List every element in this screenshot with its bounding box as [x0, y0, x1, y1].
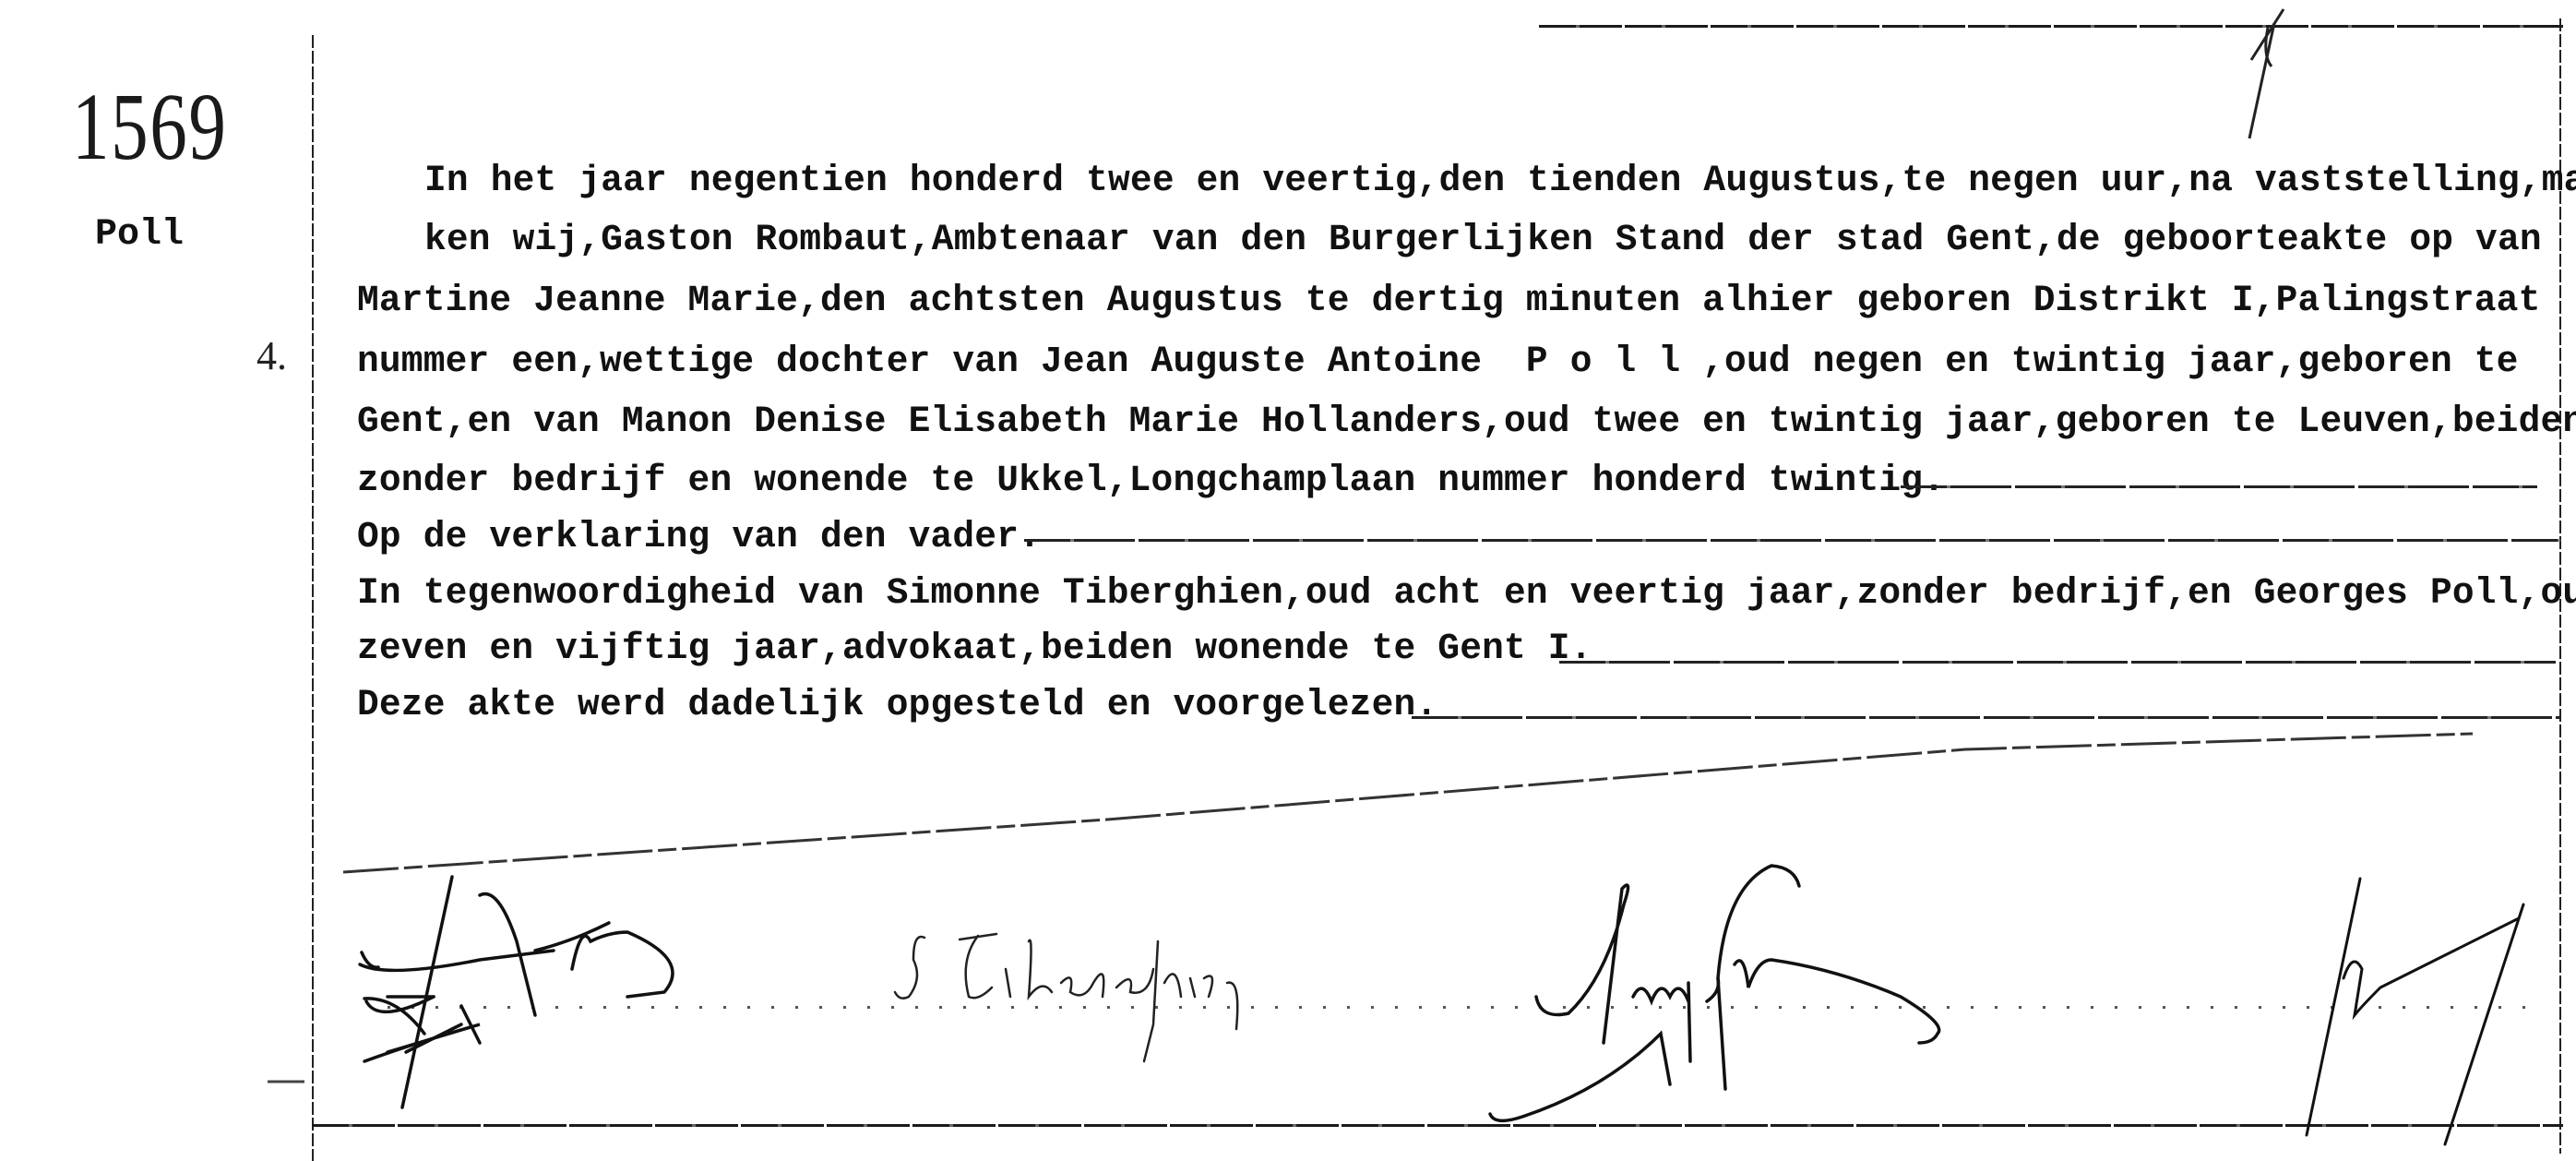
- body-line-5: Gent,en van Manon Denise Elisabeth Marie…: [357, 403, 2576, 440]
- checkmark-icon: [2249, 9, 2284, 138]
- body-line-10: Deze akte werd dadelijk opgesteld en voo…: [357, 687, 1437, 724]
- signature-witness-1: [895, 934, 1237, 1061]
- body-line-2: ken wij,Gaston Rombaut,Ambtenaar van den…: [424, 221, 2542, 258]
- left-margin-rule: [312, 35, 314, 1161]
- signature-witness-2: [1490, 866, 1939, 1120]
- entry-number: 1569: [72, 72, 227, 182]
- fill-rule-line-9: [1559, 661, 2556, 664]
- body-line-3: Martine Jeanne Marie,den achtsten August…: [357, 282, 2540, 319]
- signature-dotted-line: [388, 1006, 2546, 1009]
- top-rule: [1539, 25, 2563, 28]
- body-line-6: zonder bedrijf en wonende te Ukkel,Longc…: [357, 462, 1945, 499]
- margin-annotation: 4.: [256, 332, 287, 379]
- fill-rule-line-10: [1412, 716, 2560, 719]
- signature-registrar: [2307, 879, 2523, 1144]
- body-line-7: Op de verklaring van den vader.: [357, 519, 1041, 556]
- body-line-8: In tegenwoordigheid van Simonne Tiberghi…: [357, 575, 2576, 612]
- fill-rule-line-7: [1024, 539, 2560, 542]
- fill-rule-line-6: [1901, 485, 2537, 488]
- scanned-register-page: 1569 Poll 4. In het jaar negentien honde…: [0, 0, 2576, 1161]
- bottom-rule: [312, 1124, 2563, 1127]
- body-line-1: In het jaar negentien honderd twee en ve…: [424, 162, 2576, 199]
- signature-father: [360, 877, 673, 1107]
- margin-surname: Poll: [95, 214, 184, 256]
- body-line-9: zeven en vijftig jaar,advokaat,beiden wo…: [357, 630, 1592, 667]
- body-line-4: nummer een,wettige dochter van Jean Augu…: [357, 343, 2519, 380]
